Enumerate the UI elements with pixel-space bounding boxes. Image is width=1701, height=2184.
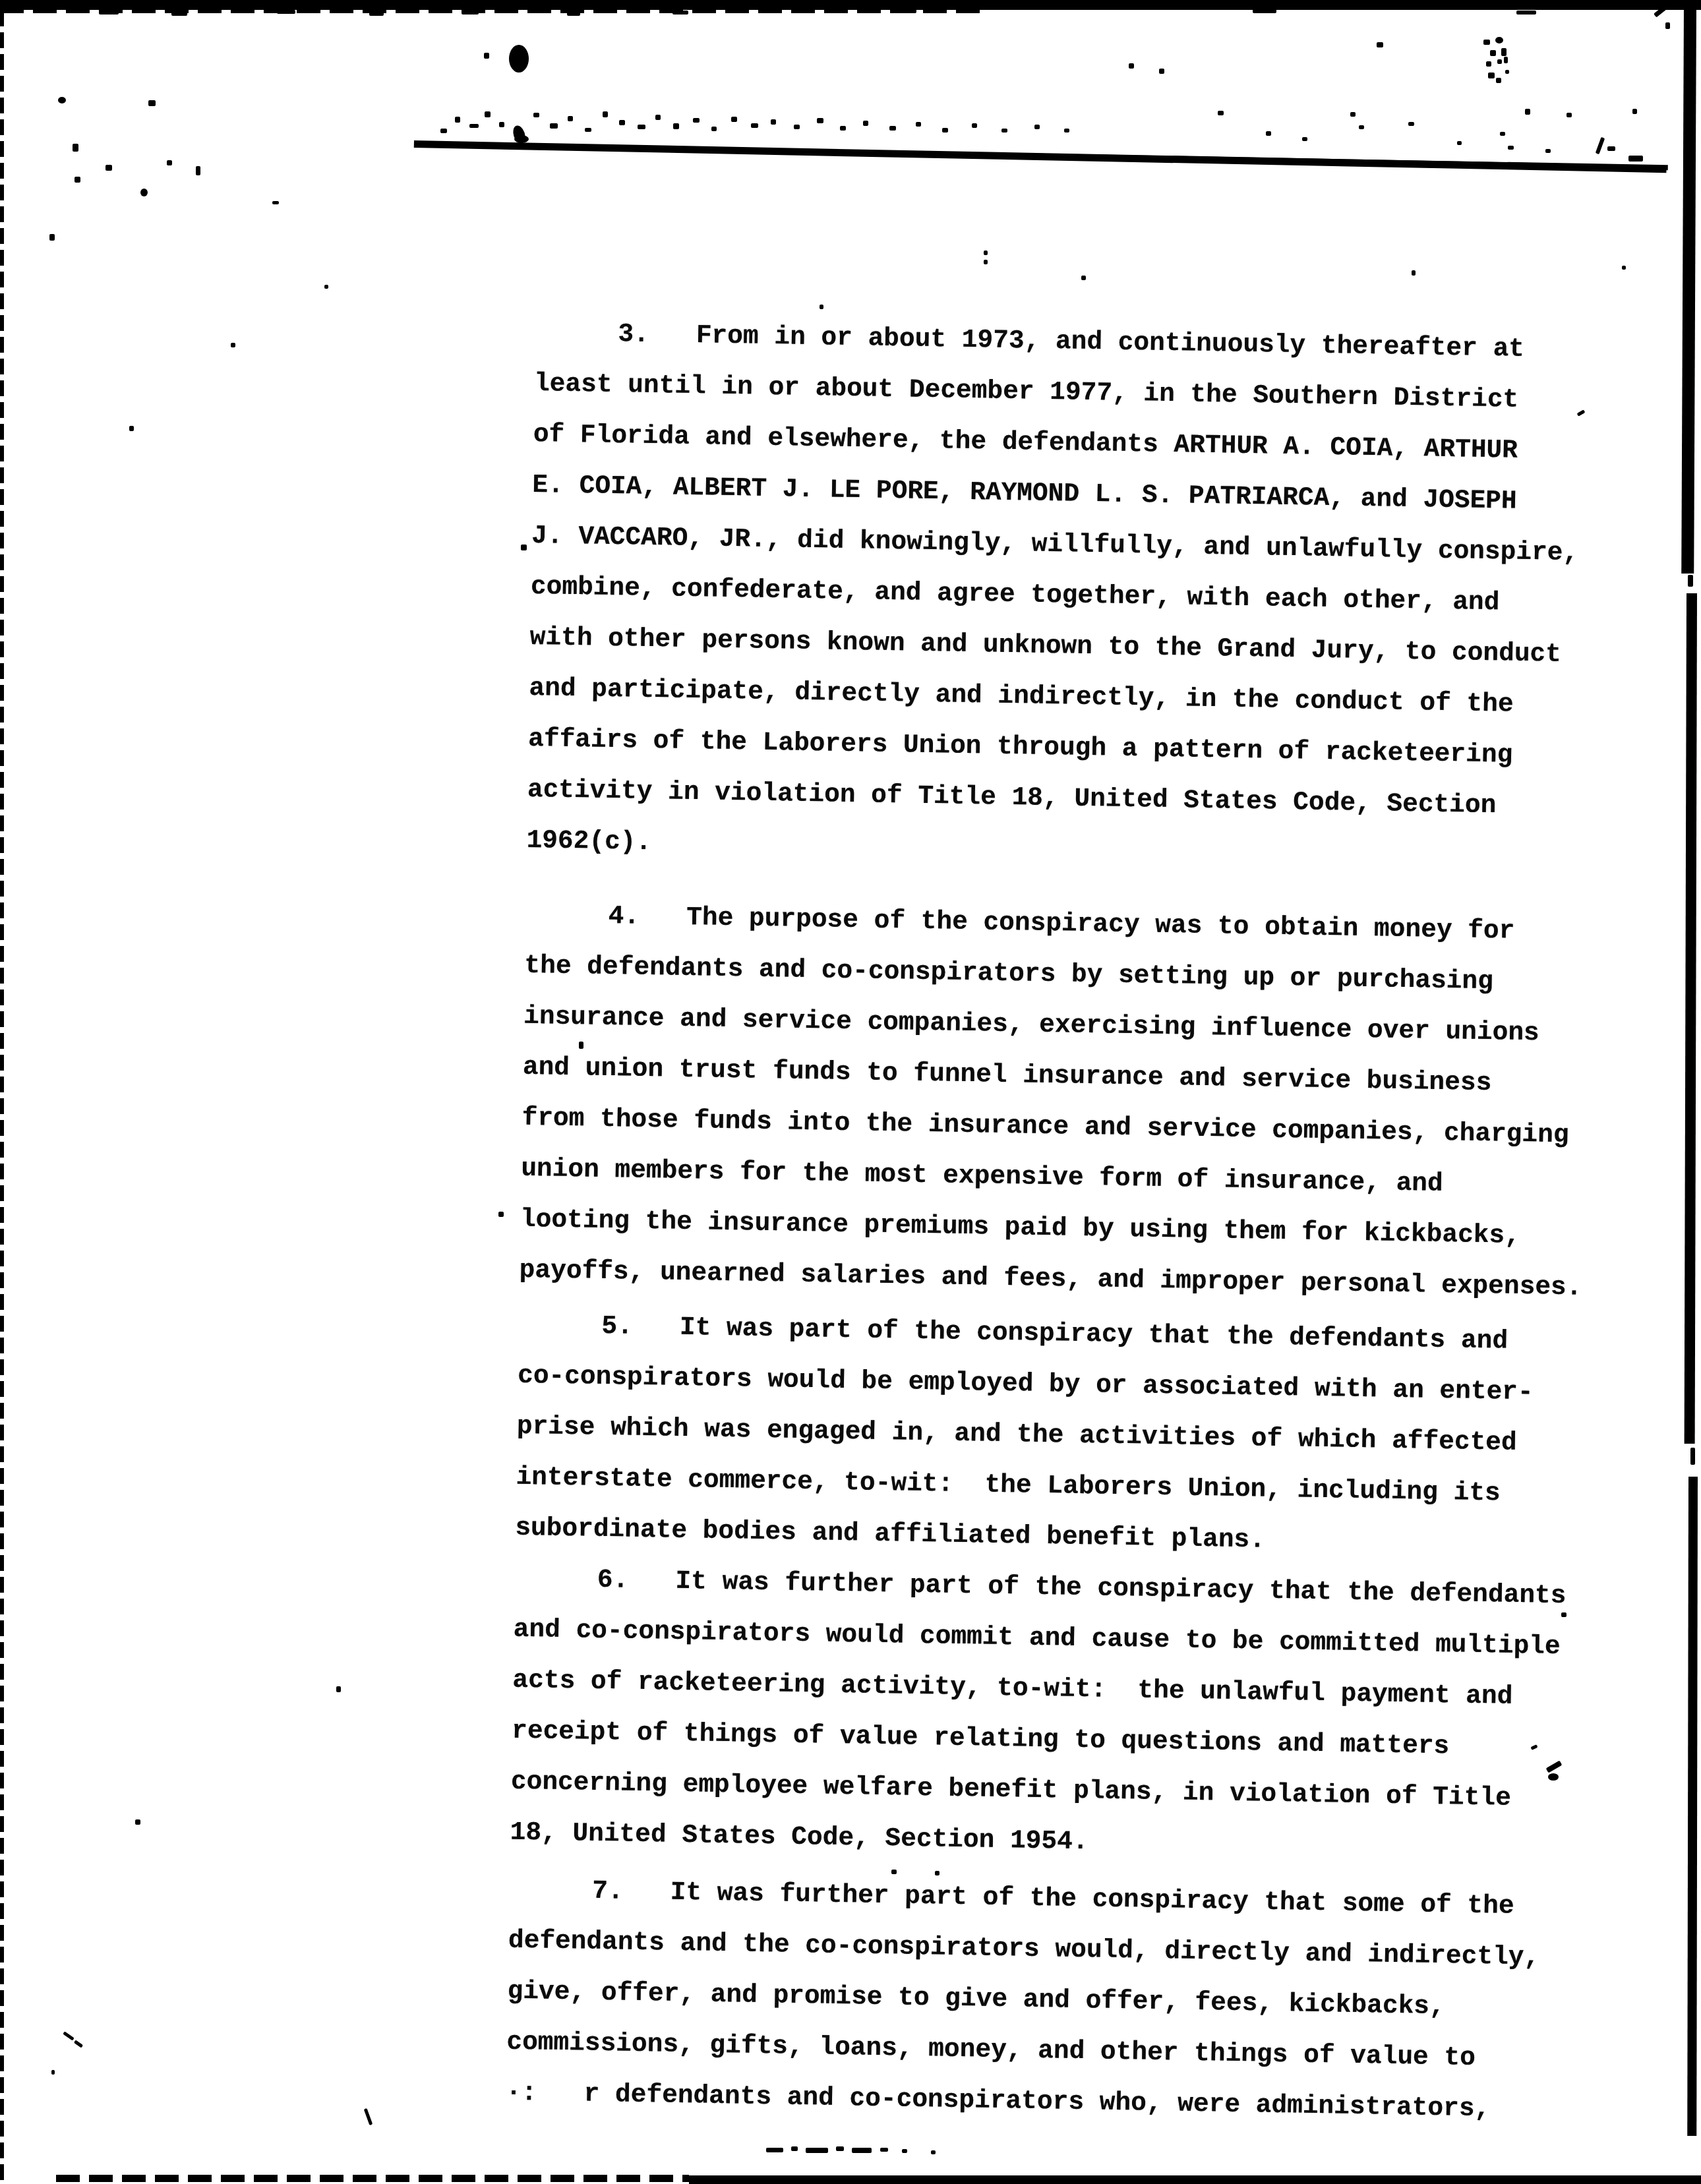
noise-speck	[693, 118, 700, 123]
noise-speck	[1486, 61, 1491, 67]
noise-speck	[550, 123, 558, 129]
scan-border-left	[0, 11, 4, 2184]
noise-speck	[1607, 146, 1615, 151]
noise-speck	[484, 53, 489, 59]
noise-speck	[1525, 109, 1530, 115]
scan-border-bottom-dashed	[56, 2175, 689, 2182]
noise-speck	[140, 189, 148, 196]
paragraph: 4. The purpose of the conspiracy was to …	[519, 889, 1659, 1314]
noise-speck	[231, 343, 235, 347]
noise-speck	[1516, 11, 1536, 15]
paragraph: 6. It was further part of the conspiracy…	[510, 1553, 1648, 1876]
noise-speck	[369, 12, 384, 16]
noise-speck	[129, 426, 134, 431]
noise-speck	[58, 97, 66, 103]
scan-border-right-middle	[1685, 593, 1697, 1444]
noise-speck	[972, 123, 977, 128]
noise-speck	[1081, 276, 1086, 280]
noise-speck	[931, 2150, 936, 2154]
scanned-document-page: 3. From in or about 1973, and continuous…	[0, 0, 1701, 2184]
noise-speck	[1377, 42, 1383, 47]
noise-speck	[771, 119, 776, 125]
document-text-block: 3. From in or about 1973, and continuous…	[505, 307, 1669, 2137]
noise-speck	[1567, 113, 1572, 117]
noise-speck	[1690, 1448, 1695, 1465]
page-rule-line-thick-end	[1009, 153, 1668, 170]
noise-speck	[1218, 111, 1224, 115]
noise-speck	[1497, 59, 1502, 64]
noise-speck	[1266, 131, 1271, 136]
noise-speck	[1688, 575, 1693, 587]
noise-speck	[820, 305, 823, 309]
scan-border-top-ragged	[0, 9, 989, 13]
noise-speck	[1408, 122, 1414, 126]
noise-speck	[603, 111, 608, 117]
noise-speck	[672, 11, 688, 15]
noise-speck	[533, 113, 539, 117]
noise-speck	[731, 117, 737, 122]
noise-speck	[469, 124, 479, 128]
noise-speck	[840, 126, 846, 131]
noise-speck	[1665, 22, 1670, 29]
noise-speck	[455, 117, 460, 123]
noise-speck	[63, 2031, 75, 2040]
noise-speck	[51, 2070, 55, 2075]
noise-speck	[509, 45, 529, 73]
noise-speck	[277, 10, 295, 14]
noise-speck	[890, 9, 916, 13]
noise-speck	[585, 128, 591, 132]
noise-speck	[74, 2040, 83, 2048]
noise-speck	[196, 166, 200, 175]
noise-speck	[567, 12, 580, 16]
noise-speck	[49, 234, 55, 241]
noise-speck	[1505, 70, 1509, 74]
noise-speck	[1412, 270, 1416, 276]
noise-speck	[1483, 40, 1490, 45]
scan-border-right-lower	[1687, 1477, 1698, 2136]
noise-speck	[791, 2146, 798, 2151]
noise-speck	[673, 123, 679, 129]
noise-speck	[836, 2146, 844, 2151]
noise-speck	[1001, 129, 1007, 133]
noise-speck	[1159, 69, 1164, 74]
noise-speck	[167, 160, 172, 165]
noise-speck	[499, 122, 504, 127]
noise-speck	[766, 2148, 783, 2152]
noise-speck	[171, 12, 187, 16]
noise-speck	[364, 2108, 373, 2125]
paragraph: 7. It was further part of the conspiracy…	[505, 1864, 1643, 2137]
noise-speck	[1504, 57, 1508, 63]
noise-speck	[272, 201, 279, 204]
noise-speck	[148, 100, 156, 106]
noise-speck	[1622, 266, 1626, 270]
noise-speck	[336, 1686, 341, 1692]
noise-speck	[1488, 73, 1495, 78]
noise-speck	[638, 125, 645, 129]
noise-speck	[880, 2148, 888, 2152]
noise-speck	[852, 2148, 872, 2153]
noise-speck	[619, 120, 625, 125]
noise-speck	[1457, 141, 1462, 145]
scan-border-right-upper	[1681, 5, 1696, 574]
noise-speck	[1359, 125, 1364, 129]
noise-speck	[863, 121, 868, 126]
noise-speck	[568, 116, 573, 121]
noise-speck	[440, 129, 447, 133]
noise-speck	[1129, 63, 1134, 69]
noise-speck	[794, 125, 800, 129]
noise-speck	[889, 126, 896, 131]
noise-speck	[1350, 112, 1356, 117]
noise-speck	[1302, 137, 1307, 141]
noise-speck	[135, 1819, 140, 1825]
scan-border-bottom	[689, 2175, 1701, 2184]
noise-speck	[521, 545, 527, 550]
noise-speck	[806, 2148, 828, 2153]
noise-speck	[1500, 132, 1505, 136]
noise-speck	[751, 123, 758, 128]
noise-speck	[1508, 146, 1514, 150]
noise-speck	[498, 1212, 504, 1217]
noise-speck	[99, 11, 119, 15]
noise-speck	[817, 118, 823, 123]
noise-speck	[655, 115, 661, 120]
noise-speck	[1501, 48, 1507, 56]
noise-speck	[1496, 78, 1501, 83]
noise-speck	[1596, 137, 1605, 154]
noise-speck	[902, 2149, 907, 2153]
noise-speck	[711, 127, 717, 131]
noise-speck	[1632, 109, 1637, 114]
noise-speck	[984, 260, 988, 264]
noise-speck	[1495, 37, 1503, 44]
noise-speck	[514, 135, 529, 143]
noise-speck	[485, 111, 491, 117]
paragraph: 5. It was part of the conspiracy that th…	[515, 1299, 1653, 1572]
paragraph: 3. From in or about 1973, and continuous…	[526, 307, 1669, 884]
noise-speck	[916, 122, 921, 127]
noise-speck	[1034, 125, 1040, 129]
noise-speck	[1253, 9, 1276, 13]
noise-speck	[984, 251, 988, 255]
noise-speck	[462, 11, 479, 15]
noise-speck	[105, 165, 112, 171]
noise-speck	[75, 177, 80, 183]
noise-speck	[1064, 129, 1069, 133]
noise-speck	[1545, 149, 1551, 153]
noise-speck	[942, 128, 948, 133]
noise-speck	[73, 144, 78, 152]
noise-speck	[1490, 50, 1496, 56]
noise-speck	[324, 285, 328, 289]
noise-speck	[1628, 156, 1643, 162]
